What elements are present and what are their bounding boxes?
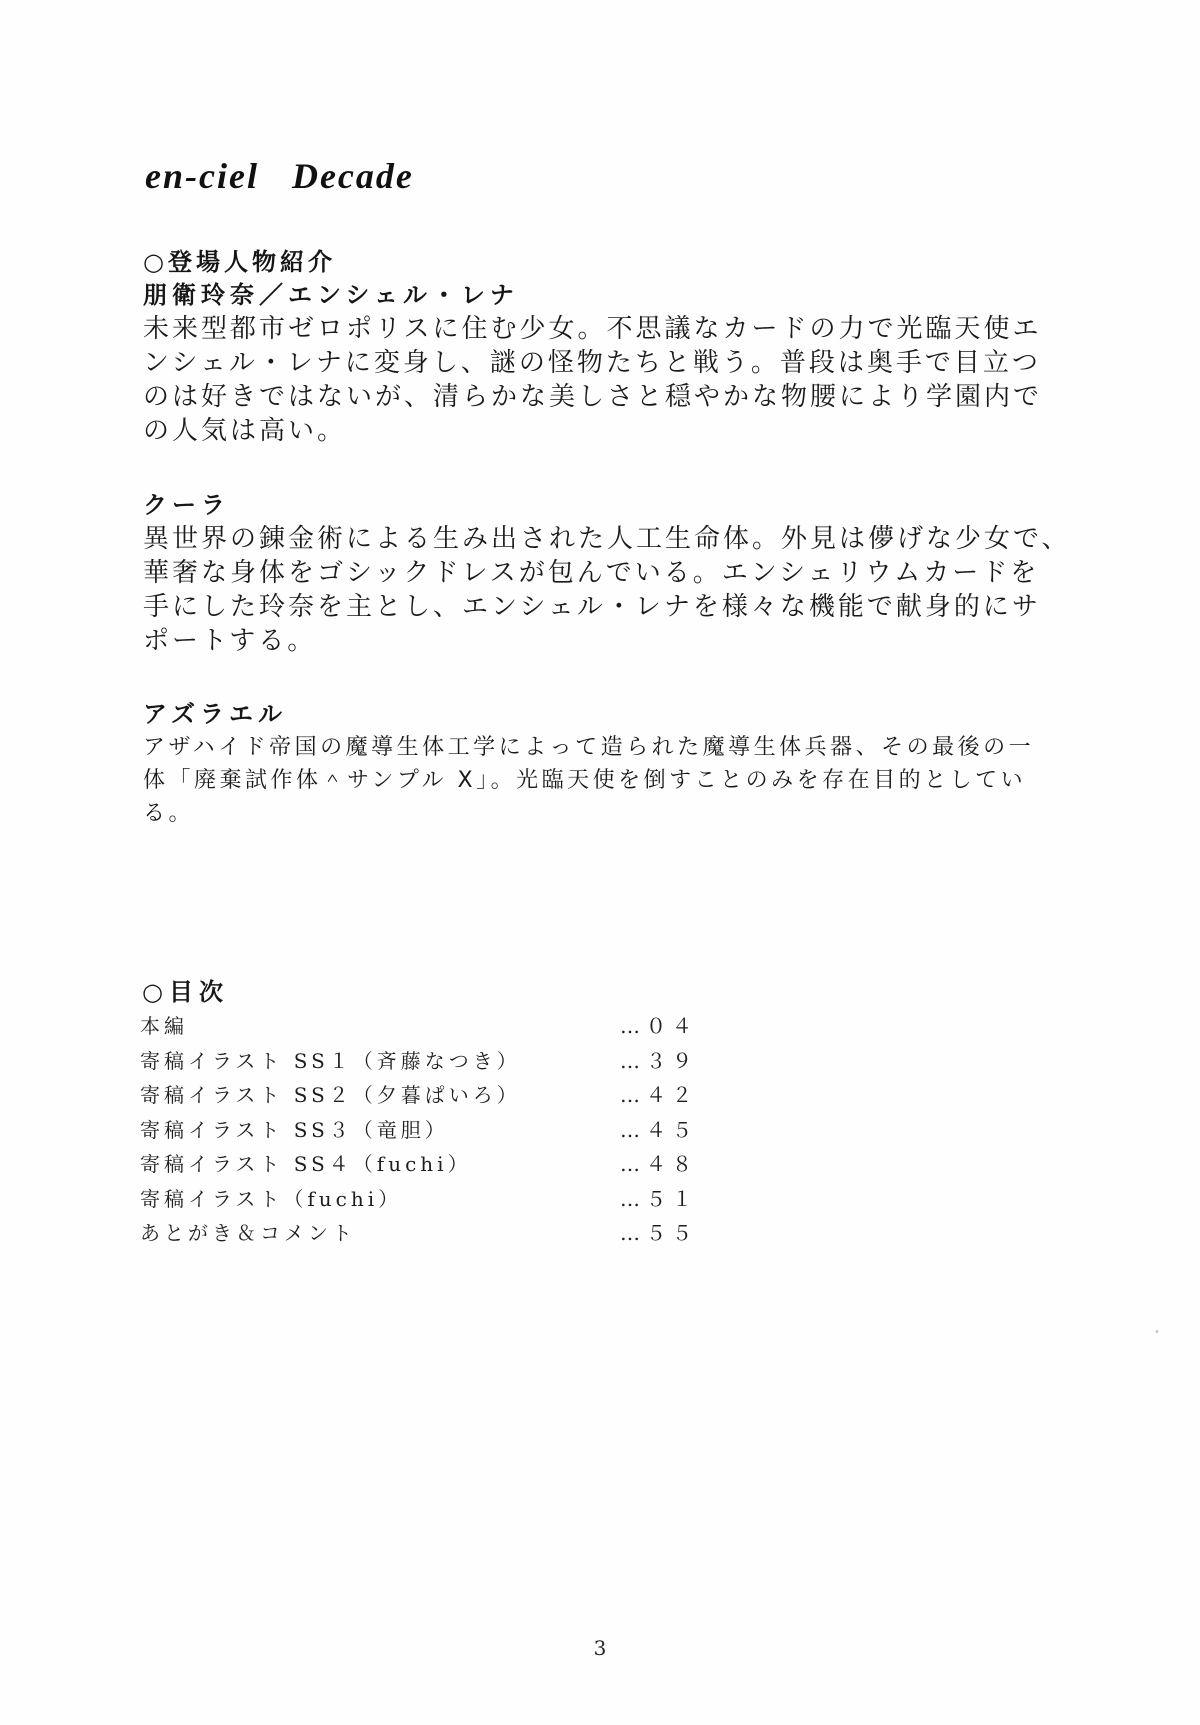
toc-entry: 寄稿イラスト SS２（夕暮ぱいろ） …４２ [140, 1078, 700, 1113]
description-line: 未来型都市ゼロポリスに住む少女。不思議なカードの力で光臨天使エ [143, 312, 1073, 346]
characters-section: ○登場人物紹介 朋衛玲奈／エンシェル・レナ 未来型都市ゼロポリスに住む少女。不思… [143, 246, 1073, 448]
description-line: の人気は高い。 [143, 414, 1073, 448]
toc-entry-label: 寄稿イラスト SS１（斉藤なつき） [140, 1044, 521, 1079]
toc-entry: 寄稿イラスト SS３（竜胆） …４５ [140, 1113, 700, 1148]
toc-entry-label: 寄稿イラスト SS２（夕暮ぱいろ） [140, 1078, 521, 1113]
character-description: アザハイド帝国の魔導生体工学によって造られた魔導生体兵器、その最後の一 体「廃棄… [143, 731, 1073, 830]
character-entry-kura: クーラ 異世界の錬金術による生み出された人工生命体。外見は儚げな少女で、 華奢な… [143, 488, 1073, 658]
toc-entry-label: 本編 [140, 1009, 188, 1044]
toc-entry-page: …５５ [620, 1216, 700, 1251]
toc-entry-page: …４５ [620, 1113, 700, 1148]
scan-speck [1155, 1330, 1158, 1334]
description-line: のは好きではないが、清らかな美しさと穏やかな物腰により学園内で [143, 380, 1073, 414]
toc-entry: あとがき＆コメント …５５ [140, 1216, 700, 1251]
character-description: 異世界の錬金術による生み出された人工生命体。外見は儚げな少女で、 華奢な身体をゴ… [143, 522, 1073, 658]
toc-entry: 本編 …０４ [140, 1009, 700, 1044]
character-entry-rena: 朋衛玲奈／エンシェル・レナ 未来型都市ゼロポリスに住む少女。不思議なカードの力で… [143, 278, 1073, 448]
page-number: 3 [590, 1636, 610, 1660]
characters-heading: ○登場人物紹介 [143, 246, 1073, 278]
toc-entry-page: …４８ [620, 1147, 700, 1182]
toc-entry-label: 寄稿イラスト SS３（竜胆） [140, 1113, 449, 1148]
toc-entry-label: 寄稿イラスト（fuchi） [140, 1182, 402, 1217]
character-name: 朋衛玲奈／エンシェル・レナ [143, 278, 1073, 312]
toc-entry-page: …５１ [620, 1182, 700, 1217]
document-page: en-ciel Decade ○登場人物紹介 朋衛玲奈／エンシェル・レナ 未来型… [0, 0, 1200, 1725]
toc-entry: 寄稿イラスト（fuchi） …５１ [140, 1182, 700, 1217]
table-of-contents: ○目次 本編 …０４ 寄稿イラスト SS１（斉藤なつき） …３９ 寄稿イラスト … [140, 975, 700, 1251]
toc-entry-label: あとがき＆コメント [140, 1216, 356, 1251]
description-line: 異世界の錬金術による生み出された人工生命体。外見は儚げな少女で、 [143, 522, 1073, 556]
document-title: en-ciel Decade [145, 155, 414, 197]
character-description: 未来型都市ゼロポリスに住む少女。不思議なカードの力で光臨天使エ ンシェル・レナに… [143, 312, 1073, 448]
toc-entry: 寄稿イラスト SS１（斉藤なつき） …３９ [140, 1044, 700, 1079]
toc-entry: 寄稿イラスト SS４（fuchi） …４８ [140, 1147, 700, 1182]
toc-entry-page: …４２ [620, 1078, 700, 1113]
toc-entry-page: …０４ [620, 1009, 700, 1044]
character-name: クーラ [143, 488, 1073, 522]
toc-entry-page: …３９ [620, 1044, 700, 1079]
character-entry-azrael: アズラエル アザハイド帝国の魔導生体工学によって造られた魔導生体兵器、その最後の… [143, 697, 1073, 830]
description-line: ポートする。 [143, 624, 1073, 658]
description-line: 手にした玲奈を主とし、エンシェル・レナを様々な機能で献身的にサ [143, 590, 1073, 624]
toc-heading: ○目次 [142, 975, 700, 1009]
toc-entry-label: 寄稿イラスト SS４（fuchi） [140, 1147, 472, 1182]
description-line: ンシェル・レナに変身し、謎の怪物たちと戦う。普段は奥手で目立つ [143, 346, 1073, 380]
description-line: る。 [143, 797, 1073, 830]
description-line: 体「廃棄試作体＾サンプル X」。光臨天使を倒すことのみを存在目的としてい [143, 764, 1073, 797]
description-line: 華奢な身体をゴシックドレスが包んでいる。エンシェリウムカードを [143, 556, 1073, 590]
character-name: アズラエル [143, 697, 1073, 731]
description-line: アザハイド帝国の魔導生体工学によって造られた魔導生体兵器、その最後の一 [143, 731, 1073, 764]
